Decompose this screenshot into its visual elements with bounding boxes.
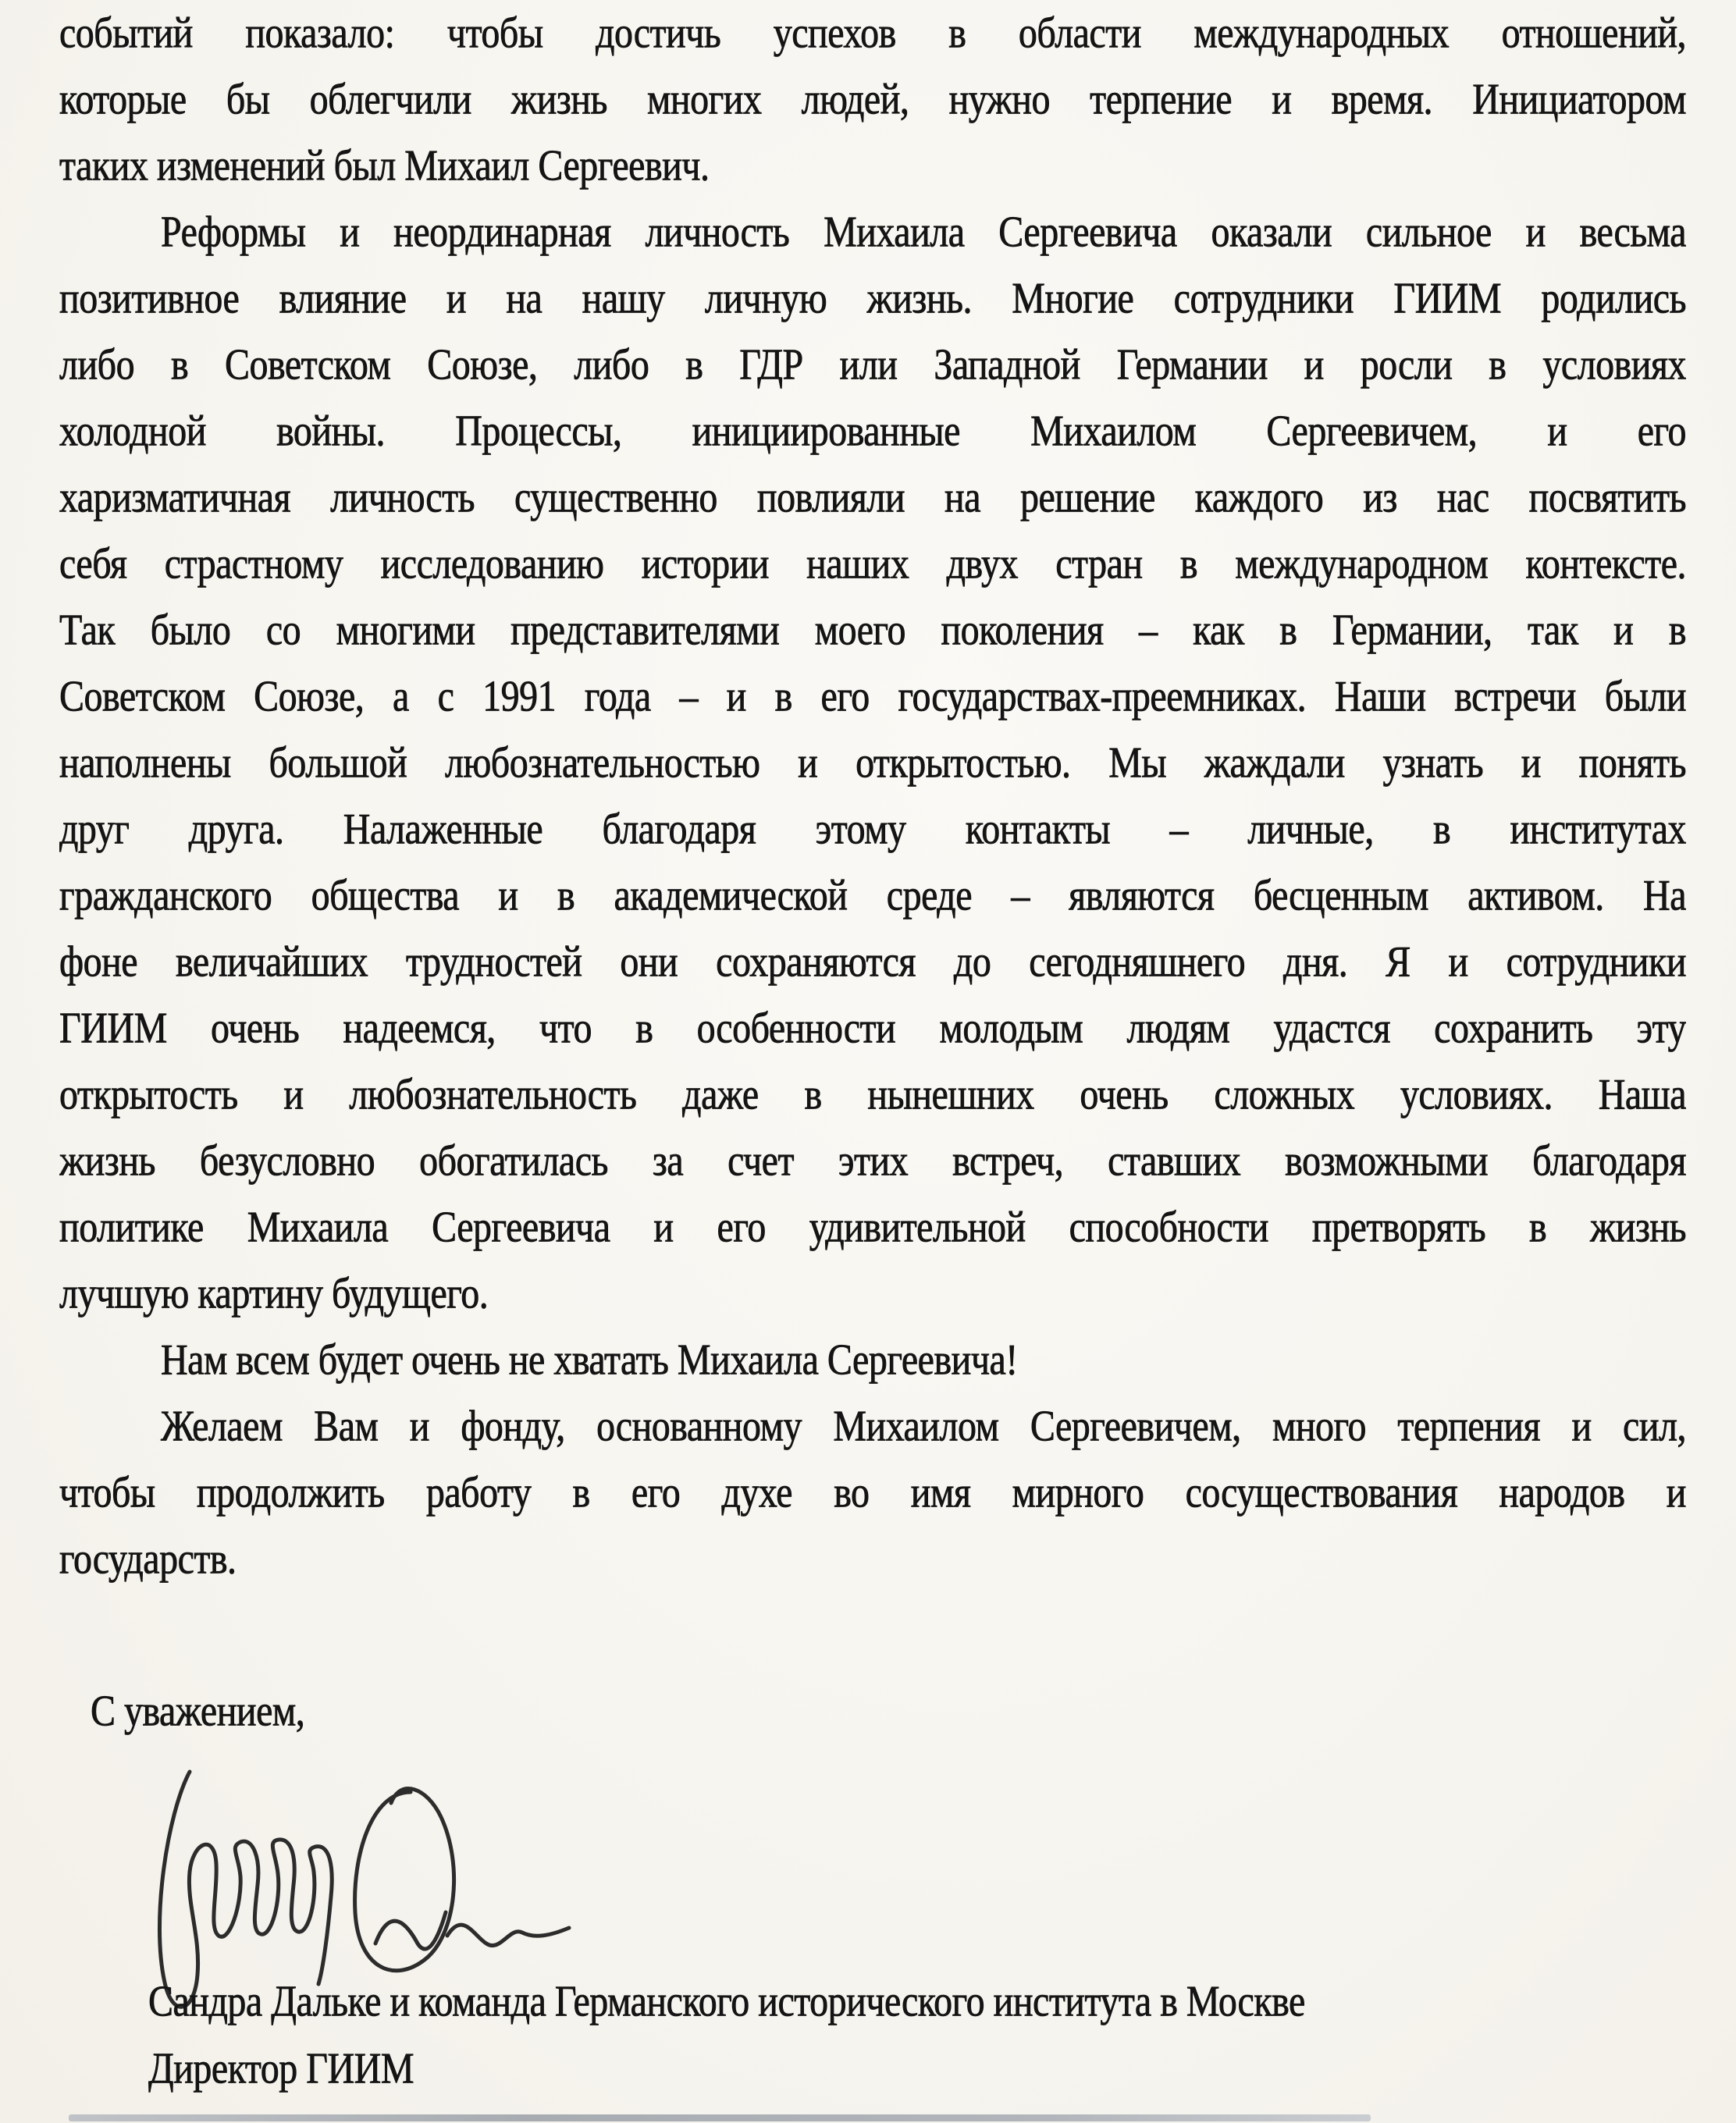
letter-line: Нам всем будет очень не хватать Михаила … (59, 1321, 1686, 1399)
letter-line: фоне величайших трудностей они сохраняют… (59, 923, 1686, 1001)
closing-salutation: С уважением, (91, 1673, 304, 1750)
letter-line: Реформы и неординарная личность Михаила … (59, 194, 1686, 271)
letter-line: политике Михаила Сергеевича и его удивит… (59, 1189, 1686, 1266)
letter-line: таких изменений был Михаил Сергеевич. (59, 127, 1686, 204)
letter-body: событий показало: чтобы достичь успехов … (59, 0, 1686, 1592)
scan-edge-artifact (69, 2114, 1371, 2121)
letter-line: лучшую картину будущего. (59, 1255, 1686, 1332)
letter-line: чтобы продолжить работу в его духе во им… (59, 1454, 1686, 1531)
letter-line: друг друга. Налаженные благодаря этому к… (59, 791, 1686, 868)
letter-line: наполнены большой любознательностью и от… (59, 724, 1686, 802)
letter-closing: С уважением, Сандра Дальке и команда Гер… (59, 1678, 1686, 2115)
scanned-letter-page: событий показало: чтобы достичь успехов … (0, 0, 1736, 2123)
letter-line: Желаем Вам и фонду, основанному Михаилом… (59, 1388, 1686, 1465)
letter-line: которые бы облегчили жизнь многих людей,… (59, 61, 1686, 138)
letter-line: ГИИМ очень надеемся, что в особенности м… (59, 990, 1686, 1067)
letter-line: государств. (59, 1520, 1686, 1598)
signer-name-line: Сандра Дальке и команда Германского исто… (148, 1963, 1305, 2040)
letter-line: открытость и любознательность даже в нын… (59, 1056, 1686, 1133)
letter-line: либо в Советском Союзе, либо в ГДР или З… (59, 326, 1686, 404)
letter-line: харизматичная личность существенно повли… (59, 459, 1686, 536)
signer-title-line: Директор ГИИМ (148, 2030, 414, 2107)
letter-line: Советском Союзе, а с 1991 года – и в его… (59, 658, 1686, 735)
letter-line: холодной войны. Процессы, инициированные… (59, 393, 1686, 470)
letter-line: себя страстному исследованию истории наш… (59, 525, 1686, 603)
letter-line: Так было со многими представителями моег… (59, 592, 1686, 669)
letter-line: жизнь безусловно обогатилась за счет эти… (59, 1122, 1686, 1200)
letter-line: позитивное влияние и на нашу личную жизн… (59, 260, 1686, 337)
letter-line: гражданского общества и в академической … (59, 857, 1686, 934)
